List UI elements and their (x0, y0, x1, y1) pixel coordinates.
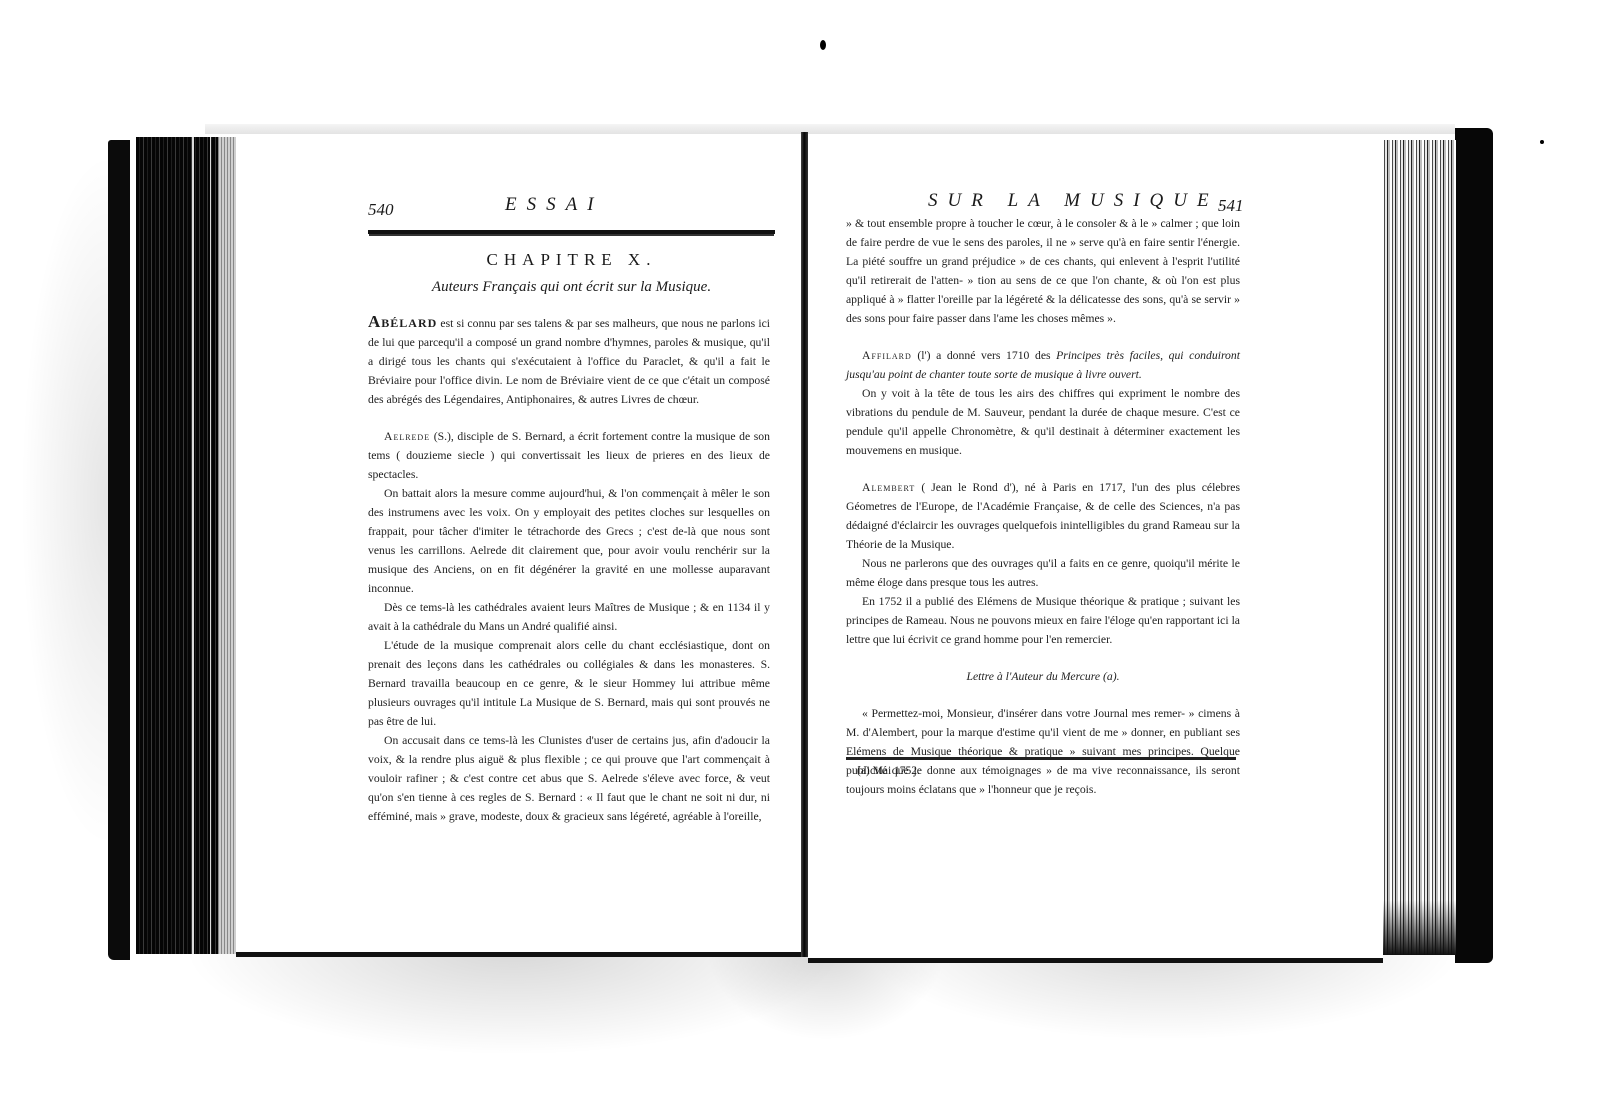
paragraph: En 1752 il a publié des Elémens de Musiq… (846, 592, 1240, 649)
book-gutter (801, 132, 808, 957)
right-page-body: » & tout ensemble propre à toucher le cœ… (846, 214, 1240, 799)
scan-speck (820, 40, 826, 50)
chapter-title: CHAPITRE X. (368, 250, 775, 270)
running-head-right: SUR LA MUSIQUE. (928, 190, 1233, 212)
quote-continuation: » & tout ensemble propre à toucher le cœ… (846, 214, 1240, 328)
book-cover-right (1455, 128, 1493, 963)
letter-heading: Lettre à l'Auteur du Mercure (a). (846, 667, 1240, 686)
entry-aelrede: Aelrede (S.), disciple de S. Bernard, a … (368, 427, 770, 484)
page-number-left: 540 (368, 200, 394, 220)
page-block-left (136, 137, 236, 954)
book-top-edge (205, 124, 1455, 134)
paragraph: Nous ne parlerons que des ouvrages qu'il… (846, 554, 1240, 592)
header-rule-left (368, 230, 775, 234)
book-cover-left (108, 140, 130, 960)
page-number-right: 541 (1218, 196, 1244, 216)
entry-affilard: Affilard (l') a donné vers 1710 des Prin… (846, 346, 1240, 384)
footnote-rule (846, 757, 1236, 760)
page-block-right (1382, 140, 1456, 955)
entry-alembert: Alembert ( Jean le Rond d'), né à Paris … (846, 478, 1240, 554)
entry-name: Alembert (862, 481, 915, 494)
paragraph: On accusait dans ce tems-là les Cluniste… (368, 731, 770, 826)
paragraph: On battait alors la mesure comme aujourd… (368, 484, 770, 598)
paragraph: Dès ce tems-là les cathédrales avaient l… (368, 598, 770, 636)
running-head-left: ESSAI (505, 194, 604, 216)
entry-abelard: Abélard est si connu par ses talens & pa… (368, 312, 770, 409)
entry-name: Affilard (862, 349, 912, 362)
scan-shadow-bottom (150, 945, 1450, 1075)
scan-speck (1540, 140, 1544, 144)
paragraph: L'étude de la musique comprenait alors c… (368, 636, 770, 731)
left-page-body: Abélard est si connu par ses talens & pa… (368, 312, 770, 826)
chapter-subtitle: Auteurs Français qui ont écrit sur la Mu… (368, 279, 775, 296)
footnote: (a) Mai 1752. (857, 765, 920, 777)
entry-name: Abélard (368, 312, 437, 331)
paragraph: On y voit à la tête de tous les airs des… (846, 384, 1240, 460)
letter-text: « Permettez-moi, Monsieur, d'insérer dan… (846, 704, 1240, 799)
entry-name: Aelrede (384, 430, 430, 443)
